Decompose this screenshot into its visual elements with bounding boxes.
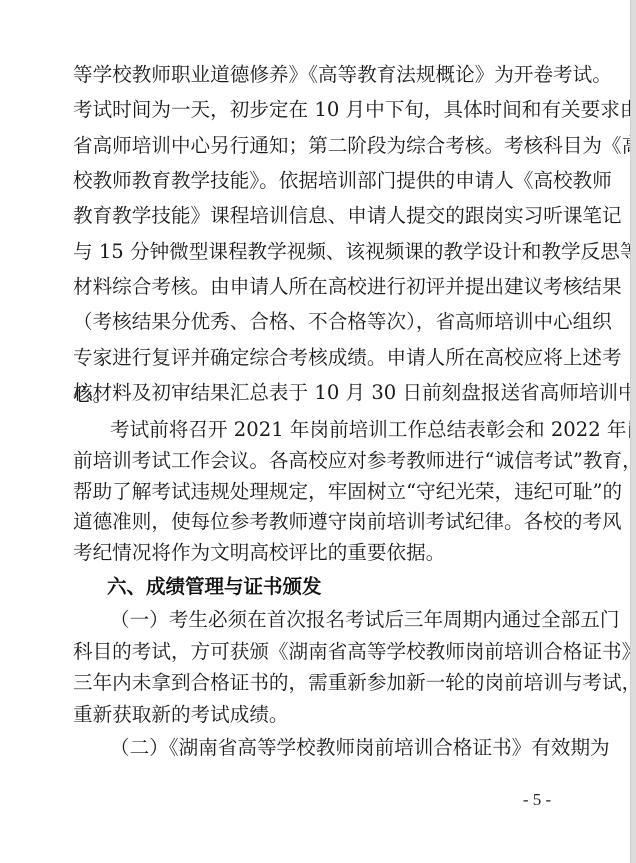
text-line: 教育教学技能》课程培训信息、申请人提交的跟岗实习听课笔记 bbox=[73, 204, 555, 228]
text-line: 三年内未拿到合格证书的，需重新参加新一轮的岗前培训与考试， bbox=[73, 671, 555, 695]
text-line: （考核结果分优秀、合格、不合格等次），省高师培训中心组织 bbox=[73, 310, 555, 334]
document-page: 等学校教师职业道德修养》《高等教育法规概论》为开卷考试。 考试时间为一天，初步定… bbox=[0, 0, 631, 863]
text-line: 考试时间为一天，初步定在 10 月中下旬，具体时间和有关要求由 bbox=[73, 98, 555, 122]
text-line: 专家进行复评并确定综合考核成绩。申请人所在高校应将上述考 bbox=[73, 346, 555, 370]
text-line-indented: 考试前将召开 2021 年岗前培训工作总结表彰会和 2022 年岗 bbox=[110, 418, 555, 442]
text-line-indented: （一）考生必须在首次报名考试后三年周期内通过全部五门 bbox=[110, 608, 555, 632]
text-line: 校教师教育教学技能》。依据培训部门提供的申请人《高校教师 bbox=[73, 169, 555, 193]
text-line: 考纪情况将作为文明高校评比的重要依据。 bbox=[73, 541, 555, 565]
page-edge-scrollbar[interactable] bbox=[630, 0, 636, 863]
text-line-indented: （二）《湖南省高等学校教师岗前培训合格证书》有效期为 bbox=[110, 736, 555, 760]
text-line: 材料综合考核。由申请人所在高校进行初评并提出建议考核结果 bbox=[73, 275, 555, 299]
text-line: 前培训考试工作会议。各高校应对参考教师进行“诚信考试”教育， bbox=[73, 449, 555, 473]
text-line: 帮助了解考试违规处理规定，牢固树立“守纪光荣，违纪可耻”的 bbox=[73, 480, 555, 504]
text-line: 与 15 分钟微型课程教学视频、该视频课的教学设计和教学反思等 bbox=[73, 240, 555, 264]
text-line: 科目的考试，方可获颁《湖南省高等学校教师岗前培训合格证书》。 bbox=[73, 640, 555, 664]
text-line: 等学校教师职业道德修养》《高等教育法规概论》为开卷考试。 bbox=[73, 63, 555, 87]
page-number: - 5 - bbox=[517, 790, 557, 810]
text-line: 道德准则，使每位参考教师遵守岗前培训考试纪律。各校的考风 bbox=[73, 510, 555, 534]
text-line: 心。 bbox=[73, 383, 555, 407]
text-line: 重新获取新的考试成绩。 bbox=[73, 703, 555, 727]
section-heading: 六、成绩管理与证书颁发 bbox=[107, 574, 322, 600]
text-line: 省高师培训中心另行通知；第二阶段为综合考核。考核科目为《高 bbox=[73, 134, 555, 158]
